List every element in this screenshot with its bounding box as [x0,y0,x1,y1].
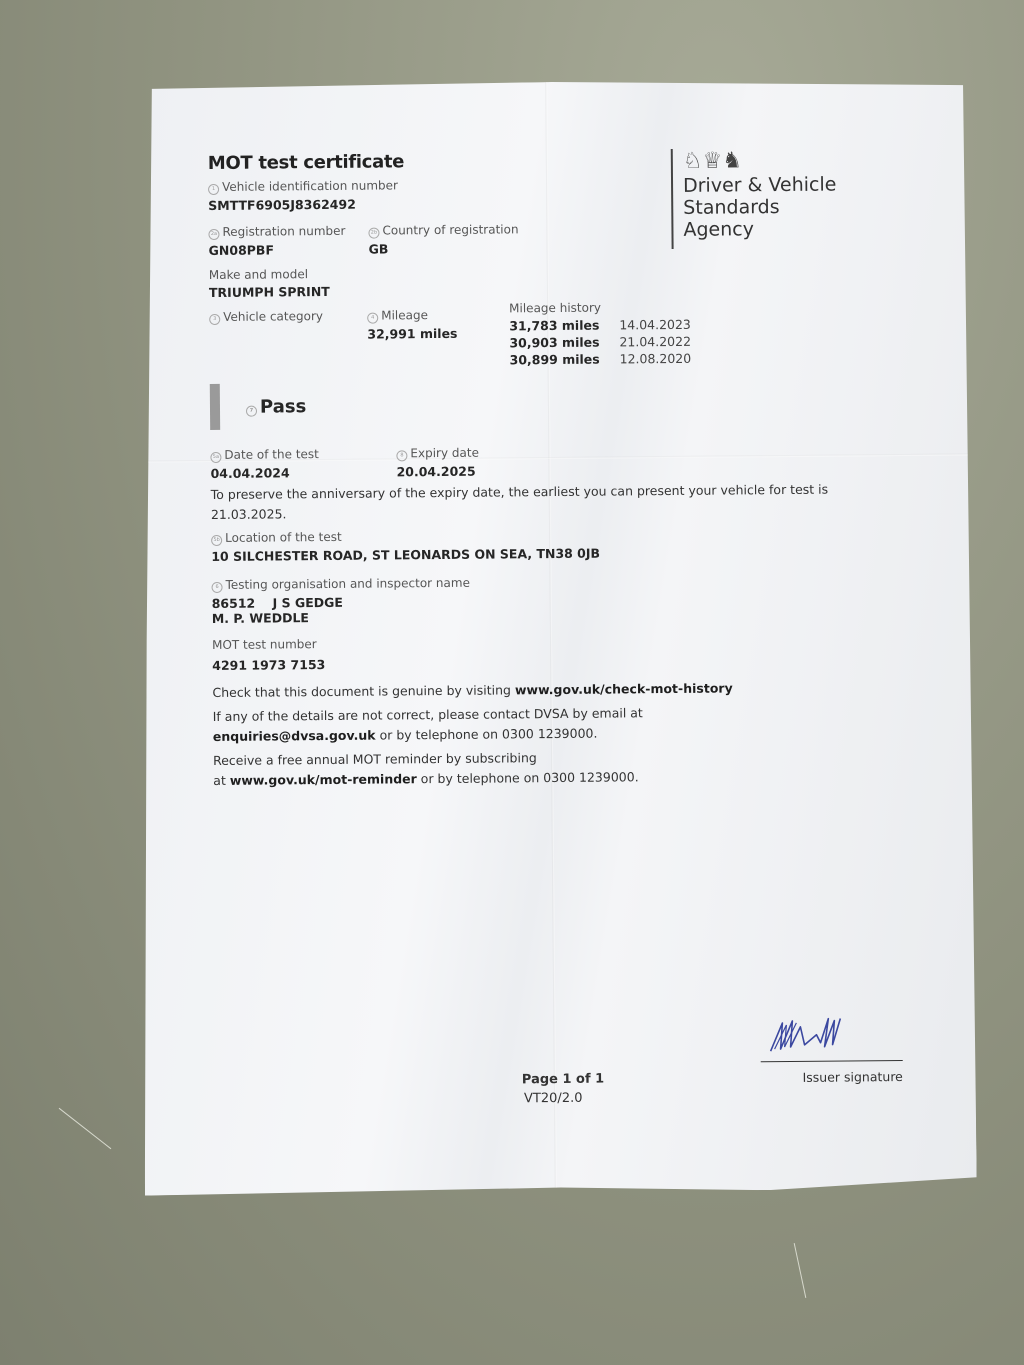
test-result: 7Pass [210,378,890,430]
check-genuine-text: Check that this document is genuine by v… [212,677,892,703]
country-value: GB [369,240,519,256]
certificate-title: MOT test certificate [208,147,888,174]
history-date: 12.08.2020 [620,351,710,367]
signature-icon [760,1014,902,1055]
reminder-text: Receive a free annual MOT reminder by su… [213,745,893,791]
result-value: 7Pass [246,396,306,418]
field-number-icon: 6 [212,582,223,593]
vehicle-category-label: 3Vehicle category [209,309,347,325]
expiry-date-label: 8Expiry date [396,446,479,462]
result-bar [210,384,220,430]
vehicle-category-value [209,327,347,328]
anniversary-note: To preserve the anniversary of the expir… [211,480,831,525]
history-date: 14.04.2023 [619,317,709,333]
signature-line [761,1060,903,1062]
field-number-icon: 2a [208,229,219,240]
test-date-value: 04.04.2024 [210,465,376,481]
field-number-icon: 7 [246,405,257,416]
history-miles: 31,783 miles [509,317,619,333]
field-number-icon: 2b [368,228,379,239]
history-date: 21.04.2022 [619,334,709,350]
test-number-label: MOT test number [212,632,892,652]
field-number-icon: 8 [396,450,407,461]
contact-text: If any of the details are not correct, p… [213,701,893,747]
scratch-mark [59,1108,112,1149]
mileage-value: 32,991 miles [367,326,489,342]
field-number-icon: 5b [211,535,222,546]
check-mot-history-link[interactable]: www.gov.uk/check-mot-history [515,680,733,697]
registration-value: GN08PBF [209,242,349,258]
location-value: 10 SILCHESTER ROAD, ST LEONARDS ON SEA, … [211,543,891,564]
vin-value: SMTTF6905J8362492 [208,192,888,213]
certificate-content: MOT test certificate 1Vehicle identifica… [208,147,894,791]
expiry-date-value: 20.04.2025 [396,464,479,480]
page-footer: Page 1 of 1 VT20/2.0 [522,1072,605,1107]
inspector-label: 6Testing organisation and inspector name [211,572,891,593]
registration-label: 2aRegistration number [208,224,348,240]
mot-certificate-paper: ♘♕♞ Driver & Vehicle Standards Agency MO… [135,78,977,1195]
country-label: 2bCountry of registration [368,222,518,238]
mileage-history-list: 31,783 miles 14.04.2023 30,903 miles 21.… [509,317,709,368]
page-number: Page 1 of 1 [522,1072,604,1088]
vin-label: 1Vehicle identification number [208,174,888,195]
field-number-icon: 5a [210,452,221,463]
field-number-icon: 3 [209,314,220,325]
dvsa-email-link[interactable]: enquiries@dvsa.gov.uk [213,728,376,744]
field-number-icon: 1 [208,184,219,195]
mileage-label: 4Mileage [367,308,489,324]
issuer-signature-block: Issuer signature [760,1014,903,1085]
scratch-mark [794,1243,807,1298]
field-number-icon: 4 [367,313,378,324]
mileage-history-label: Mileage history [509,300,709,316]
signature-label: Issuer signature [761,1069,903,1085]
location-label: 5bLocation of the test [211,525,891,546]
test-date-label: 5aDate of the test [210,447,376,463]
form-version: VT20/2.0 [524,1091,604,1107]
history-miles: 30,903 miles [509,334,619,350]
history-miles: 30,899 miles [510,351,620,367]
test-number-value: 4291 1973 7153 [212,652,892,673]
mot-reminder-link[interactable]: www.gov.uk/mot-reminder [230,771,417,788]
